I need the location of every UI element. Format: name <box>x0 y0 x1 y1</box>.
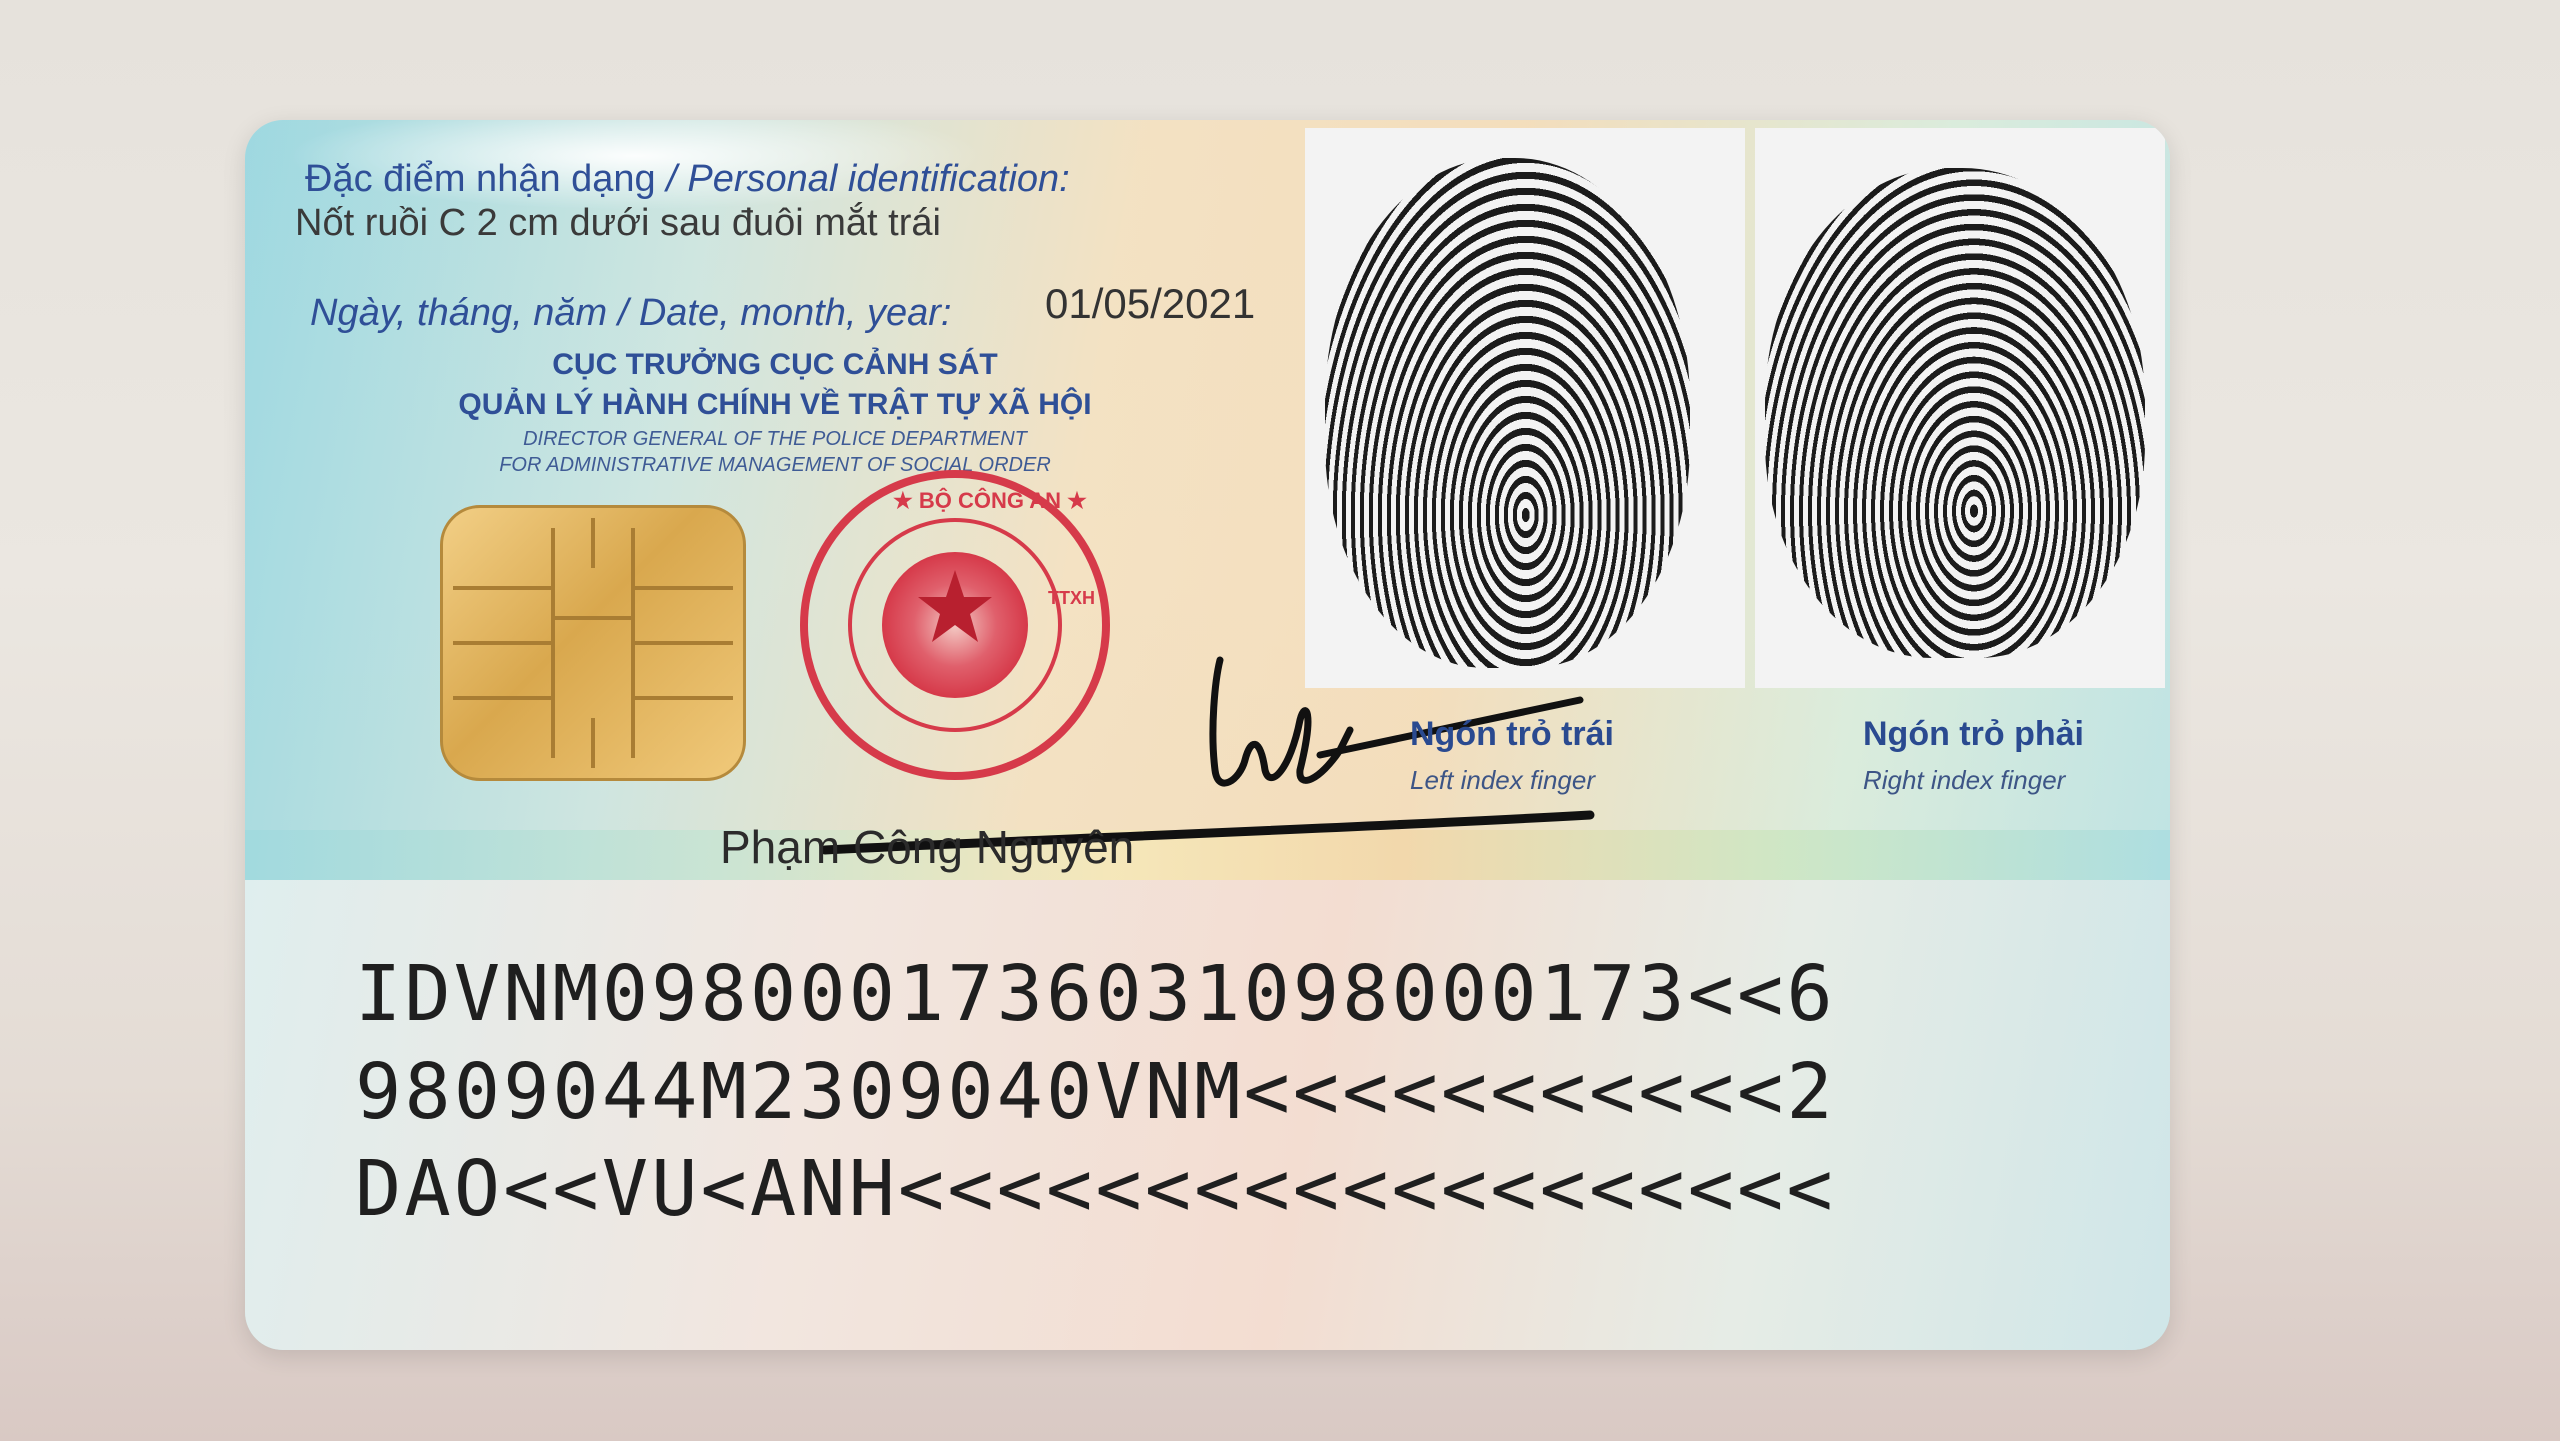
date-label: Ngày, tháng, năm / Date, month, year: <box>310 292 951 335</box>
chip-icon <box>440 505 746 781</box>
issuer-title-vn-2: QUẢN LÝ HÀNH CHÍNH VỀ TRẬT TỰ XÃ HỘI <box>425 388 1125 422</box>
mrz-line-1: IDVNM0980001736031098000173<<6 <box>355 950 1836 1039</box>
id-card-back: Đặc điểm nhận dạng / Personal identifica… <box>245 120 2170 1350</box>
label-vn: Đặc điểm nhận dạng <box>305 158 656 200</box>
right-finger-label: Ngón trỏ phải <box>1863 715 2084 754</box>
mrz-line-2: 9809044M2309040VNM<<<<<<<<<<<2 <box>355 1048 1836 1137</box>
right-finger-sublabel: Right index finger <box>1863 765 2065 796</box>
left-fingerprint-panel <box>1305 128 1745 688</box>
left-finger-sublabel: Left index finger <box>1410 765 1595 796</box>
seal-text-top: ★ BỘ CÔNG AN ★ <box>893 488 1087 514</box>
separator: / <box>656 158 688 200</box>
date-label-en: Date, month, year: <box>639 292 952 334</box>
issue-date-value: 01/05/2021 <box>1045 280 1255 328</box>
right-fingerprint-icon <box>1765 168 2145 658</box>
label-en: Personal identification: <box>687 158 1069 200</box>
separator: / <box>607 292 639 334</box>
issuer-title-en-1: DIRECTOR GENERAL OF THE POLICE DEPARTMEN… <box>425 428 1125 451</box>
date-label-vn: Ngày, tháng, năm <box>310 292 607 334</box>
seal-text-right: TTXH <box>1048 588 1095 609</box>
mrz-line-3: DAO<<VU<ANH<<<<<<<<<<<<<<<<<<< <box>355 1145 1836 1234</box>
personal-identification-value: Nốt ruồi C 2 cm dưới sau đuôi mắt trái <box>295 200 1015 246</box>
issuer-title-vn-1: CỤC TRƯỞNG CỤC CẢNH SÁT <box>425 348 1125 382</box>
personal-identification-label: Đặc điểm nhận dạng / Personal identifica… <box>305 158 1070 201</box>
issuer-title-en-2: FOR ADMINISTRATIVE MANAGEMENT OF SOCIAL … <box>425 454 1125 477</box>
left-fingerprint-icon <box>1325 158 1690 668</box>
left-finger-label: Ngón trỏ trái <box>1410 715 1614 754</box>
signer-name: Phạm Công Nguyên <box>720 820 1134 874</box>
right-fingerprint-panel <box>1755 128 2165 688</box>
